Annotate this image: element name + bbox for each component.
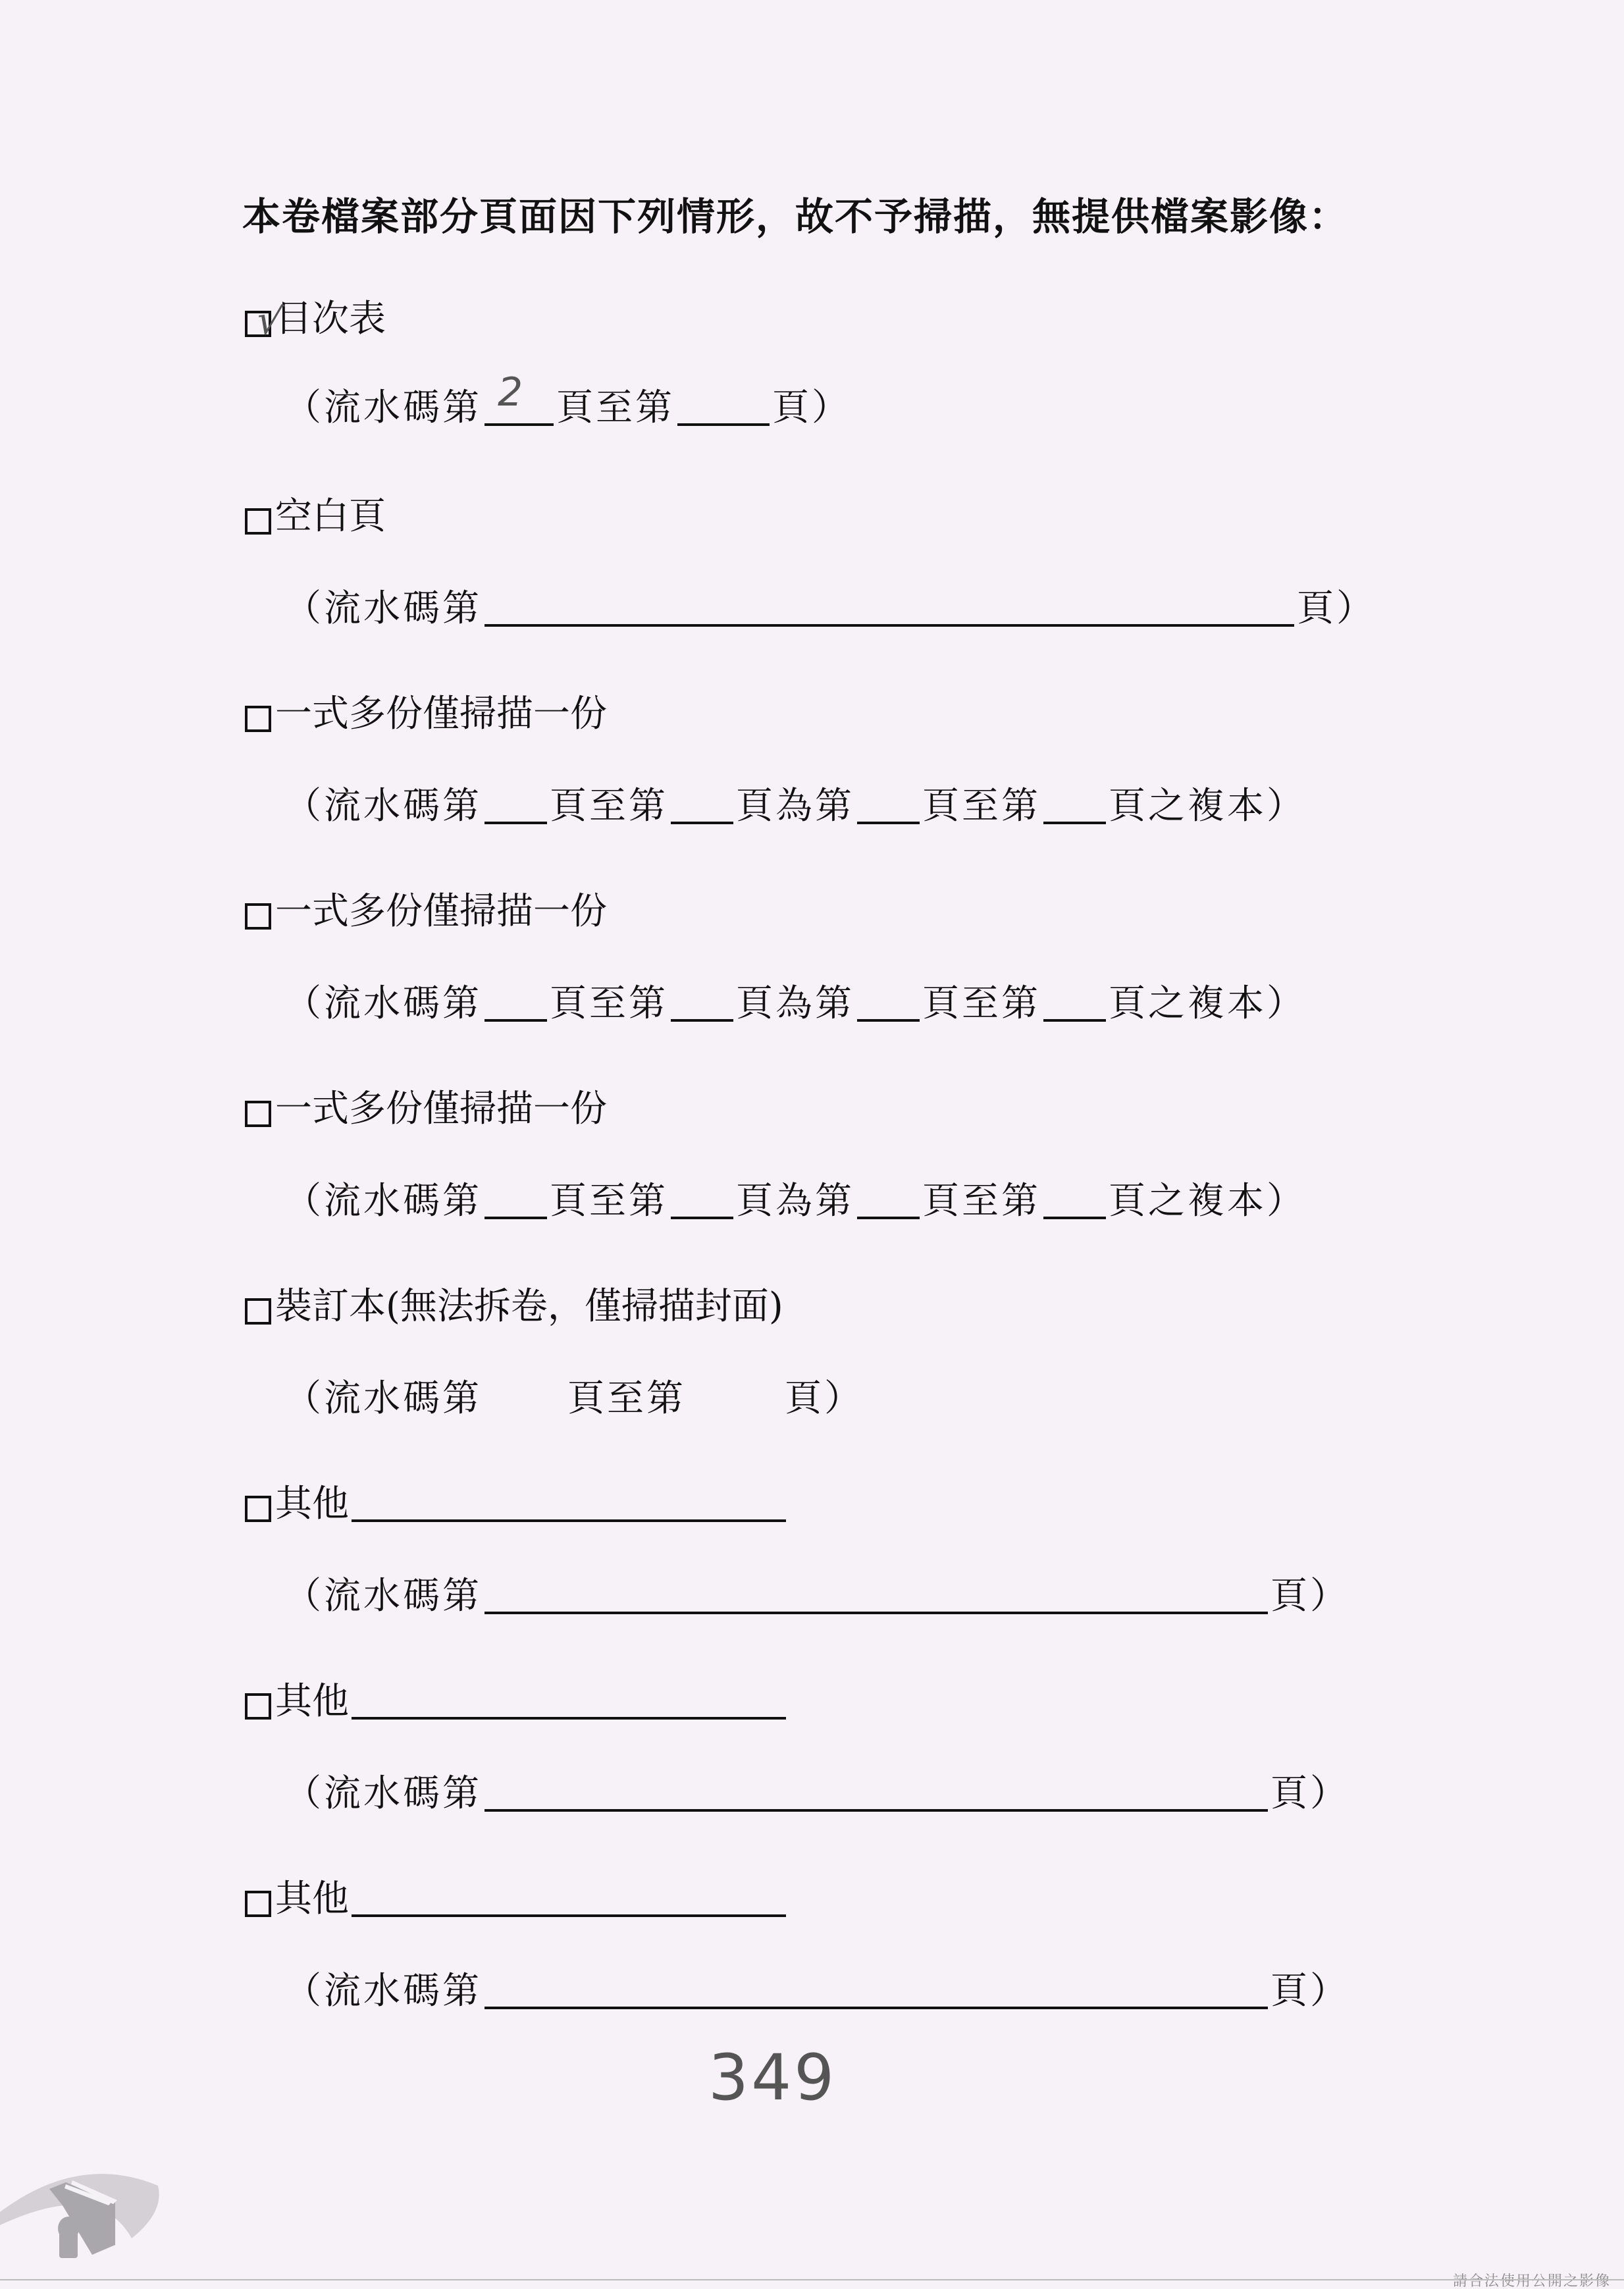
blank-field[interactable] xyxy=(857,815,920,824)
serial-line: （流水碼第 頁） xyxy=(284,1567,1349,1619)
text: 頁為第 xyxy=(736,1172,854,1224)
blank-field[interactable] xyxy=(677,417,770,426)
option-label: 空白頁 xyxy=(275,487,386,540)
text: （流水碼第 xyxy=(284,777,482,829)
serial-line: （流水碼第 頁） xyxy=(284,579,1376,632)
copy-range-line: （流水碼第 頁至第 頁為第 頁至第 頁之複本） xyxy=(284,974,1306,1027)
blank-field[interactable] xyxy=(671,815,733,824)
text: 頁至第 xyxy=(922,974,1041,1027)
other-text-field[interactable] xyxy=(352,1513,786,1522)
text: 頁） xyxy=(1270,1962,1349,2014)
checkbox[interactable] xyxy=(245,706,271,732)
text: （流水碼第 xyxy=(284,1369,482,1422)
checkbox[interactable] xyxy=(245,508,271,535)
checkbox-checked[interactable]: √ xyxy=(245,311,271,337)
text: 頁） xyxy=(772,379,851,431)
blank-field[interactable] xyxy=(485,815,547,824)
blank-field[interactable] xyxy=(671,1013,733,1022)
blank-field[interactable] xyxy=(485,1013,547,1022)
text: （流水碼第 xyxy=(284,579,482,632)
blank-field[interactable] xyxy=(671,1210,733,1219)
option-other[interactable]: 其他 xyxy=(245,1870,789,1922)
text: 頁至第 xyxy=(567,1369,686,1422)
scan-edge xyxy=(0,2279,1624,2280)
option-label: 其他 xyxy=(275,1870,349,1922)
checkbox[interactable] xyxy=(245,1298,271,1325)
blank-field[interactable] xyxy=(1043,815,1106,824)
option-label: 其他 xyxy=(275,1475,349,1527)
text: 頁） xyxy=(1270,1764,1349,1817)
text: （流水碼第 xyxy=(284,1962,482,2014)
text: 頁之複本） xyxy=(1109,777,1306,829)
checkbox[interactable] xyxy=(245,1891,271,1917)
text: 頁之複本） xyxy=(1109,1172,1306,1224)
text: 頁） xyxy=(1270,1567,1349,1619)
other-text-field[interactable] xyxy=(352,1908,786,1917)
option-multi-copy[interactable]: 一式多份僅掃描一份 xyxy=(245,1080,607,1132)
blank-field[interactable] xyxy=(857,1013,920,1022)
text: （流水碼第 xyxy=(284,1567,482,1619)
text: 頁） xyxy=(1297,579,1376,632)
blank-field[interactable] xyxy=(485,1605,1268,1614)
checkbox[interactable] xyxy=(245,1693,271,1720)
text: （流水碼第 xyxy=(284,1172,482,1224)
serial-range-line: （流水碼第 2 頁至第 頁） xyxy=(284,379,851,431)
checkbox[interactable] xyxy=(245,1101,271,1127)
option-other[interactable]: 其他 xyxy=(245,1475,789,1527)
text: （流水碼第 xyxy=(284,1764,482,1817)
text: 頁至第 xyxy=(550,777,668,829)
blank-field[interactable] xyxy=(485,1802,1268,1812)
option-label: 目次表 xyxy=(275,290,386,342)
blank-field[interactable]: 2 xyxy=(485,417,554,426)
text: 頁為第 xyxy=(736,974,854,1027)
text: （流水碼第 xyxy=(284,974,482,1027)
text: 頁至第 xyxy=(556,379,675,431)
text: 頁至第 xyxy=(550,1172,668,1224)
text: 頁至第 xyxy=(922,1172,1041,1224)
blank-field[interactable] xyxy=(485,1210,547,1219)
page-title: 本卷檔案部分頁面因下列情形，故不予掃描，無提供檔案影像： xyxy=(242,186,1348,241)
blank-field[interactable] xyxy=(857,1210,920,1219)
archive-book-keyhole-logo xyxy=(0,2153,171,2258)
text: 頁之複本） xyxy=(1109,974,1306,1027)
serial-line: （流水碼第 頁） xyxy=(284,1962,1349,2014)
checkbox[interactable] xyxy=(245,1496,271,1522)
copy-range-line: （流水碼第 頁至第 頁為第 頁至第 頁之複本） xyxy=(284,777,1306,829)
text: （流水碼第 xyxy=(284,379,482,431)
text: 頁） xyxy=(785,1369,864,1422)
handwritten-page-number: 349 xyxy=(708,2041,837,2115)
copy-range-line: （流水碼第 頁至第 頁為第 頁至第 頁之複本） xyxy=(284,1172,1306,1224)
option-multi-copy[interactable]: 一式多份僅掃描一份 xyxy=(245,685,607,737)
serial-range-line: （流水碼第 頁至第 頁） xyxy=(284,1369,864,1422)
handwritten-value: 2 xyxy=(498,369,525,415)
serial-line: （流水碼第 頁） xyxy=(284,1764,1349,1817)
blank-field[interactable] xyxy=(1043,1210,1106,1219)
option-other[interactable]: 其他 xyxy=(245,1672,789,1725)
blank-field[interactable] xyxy=(485,2000,1268,2009)
text: 頁為第 xyxy=(736,777,854,829)
option-label: 一式多份僅掃描一份 xyxy=(275,1080,607,1132)
option-label: 一式多份僅掃描一份 xyxy=(275,685,607,737)
option-label: 一式多份僅掃描一份 xyxy=(275,882,607,935)
option-multi-copy[interactable]: 一式多份僅掃描一份 xyxy=(245,882,607,935)
blank-field[interactable] xyxy=(1043,1013,1106,1022)
option-label: 其他 xyxy=(275,1672,349,1725)
option-table-of-contents[interactable]: √ 目次表 xyxy=(245,290,386,342)
blank-field[interactable] xyxy=(485,618,1294,627)
checkbox[interactable] xyxy=(245,903,271,930)
option-blank-page[interactable]: 空白頁 xyxy=(245,487,386,540)
text: 頁至第 xyxy=(550,974,668,1027)
other-text-field[interactable] xyxy=(352,1710,786,1720)
text: 頁至第 xyxy=(922,777,1041,829)
option-bound-volume[interactable]: 裝訂本(無法拆卷，僅掃描封面) xyxy=(245,1277,783,1330)
option-label: 裝訂本(無法拆卷，僅掃描封面) xyxy=(275,1277,783,1330)
